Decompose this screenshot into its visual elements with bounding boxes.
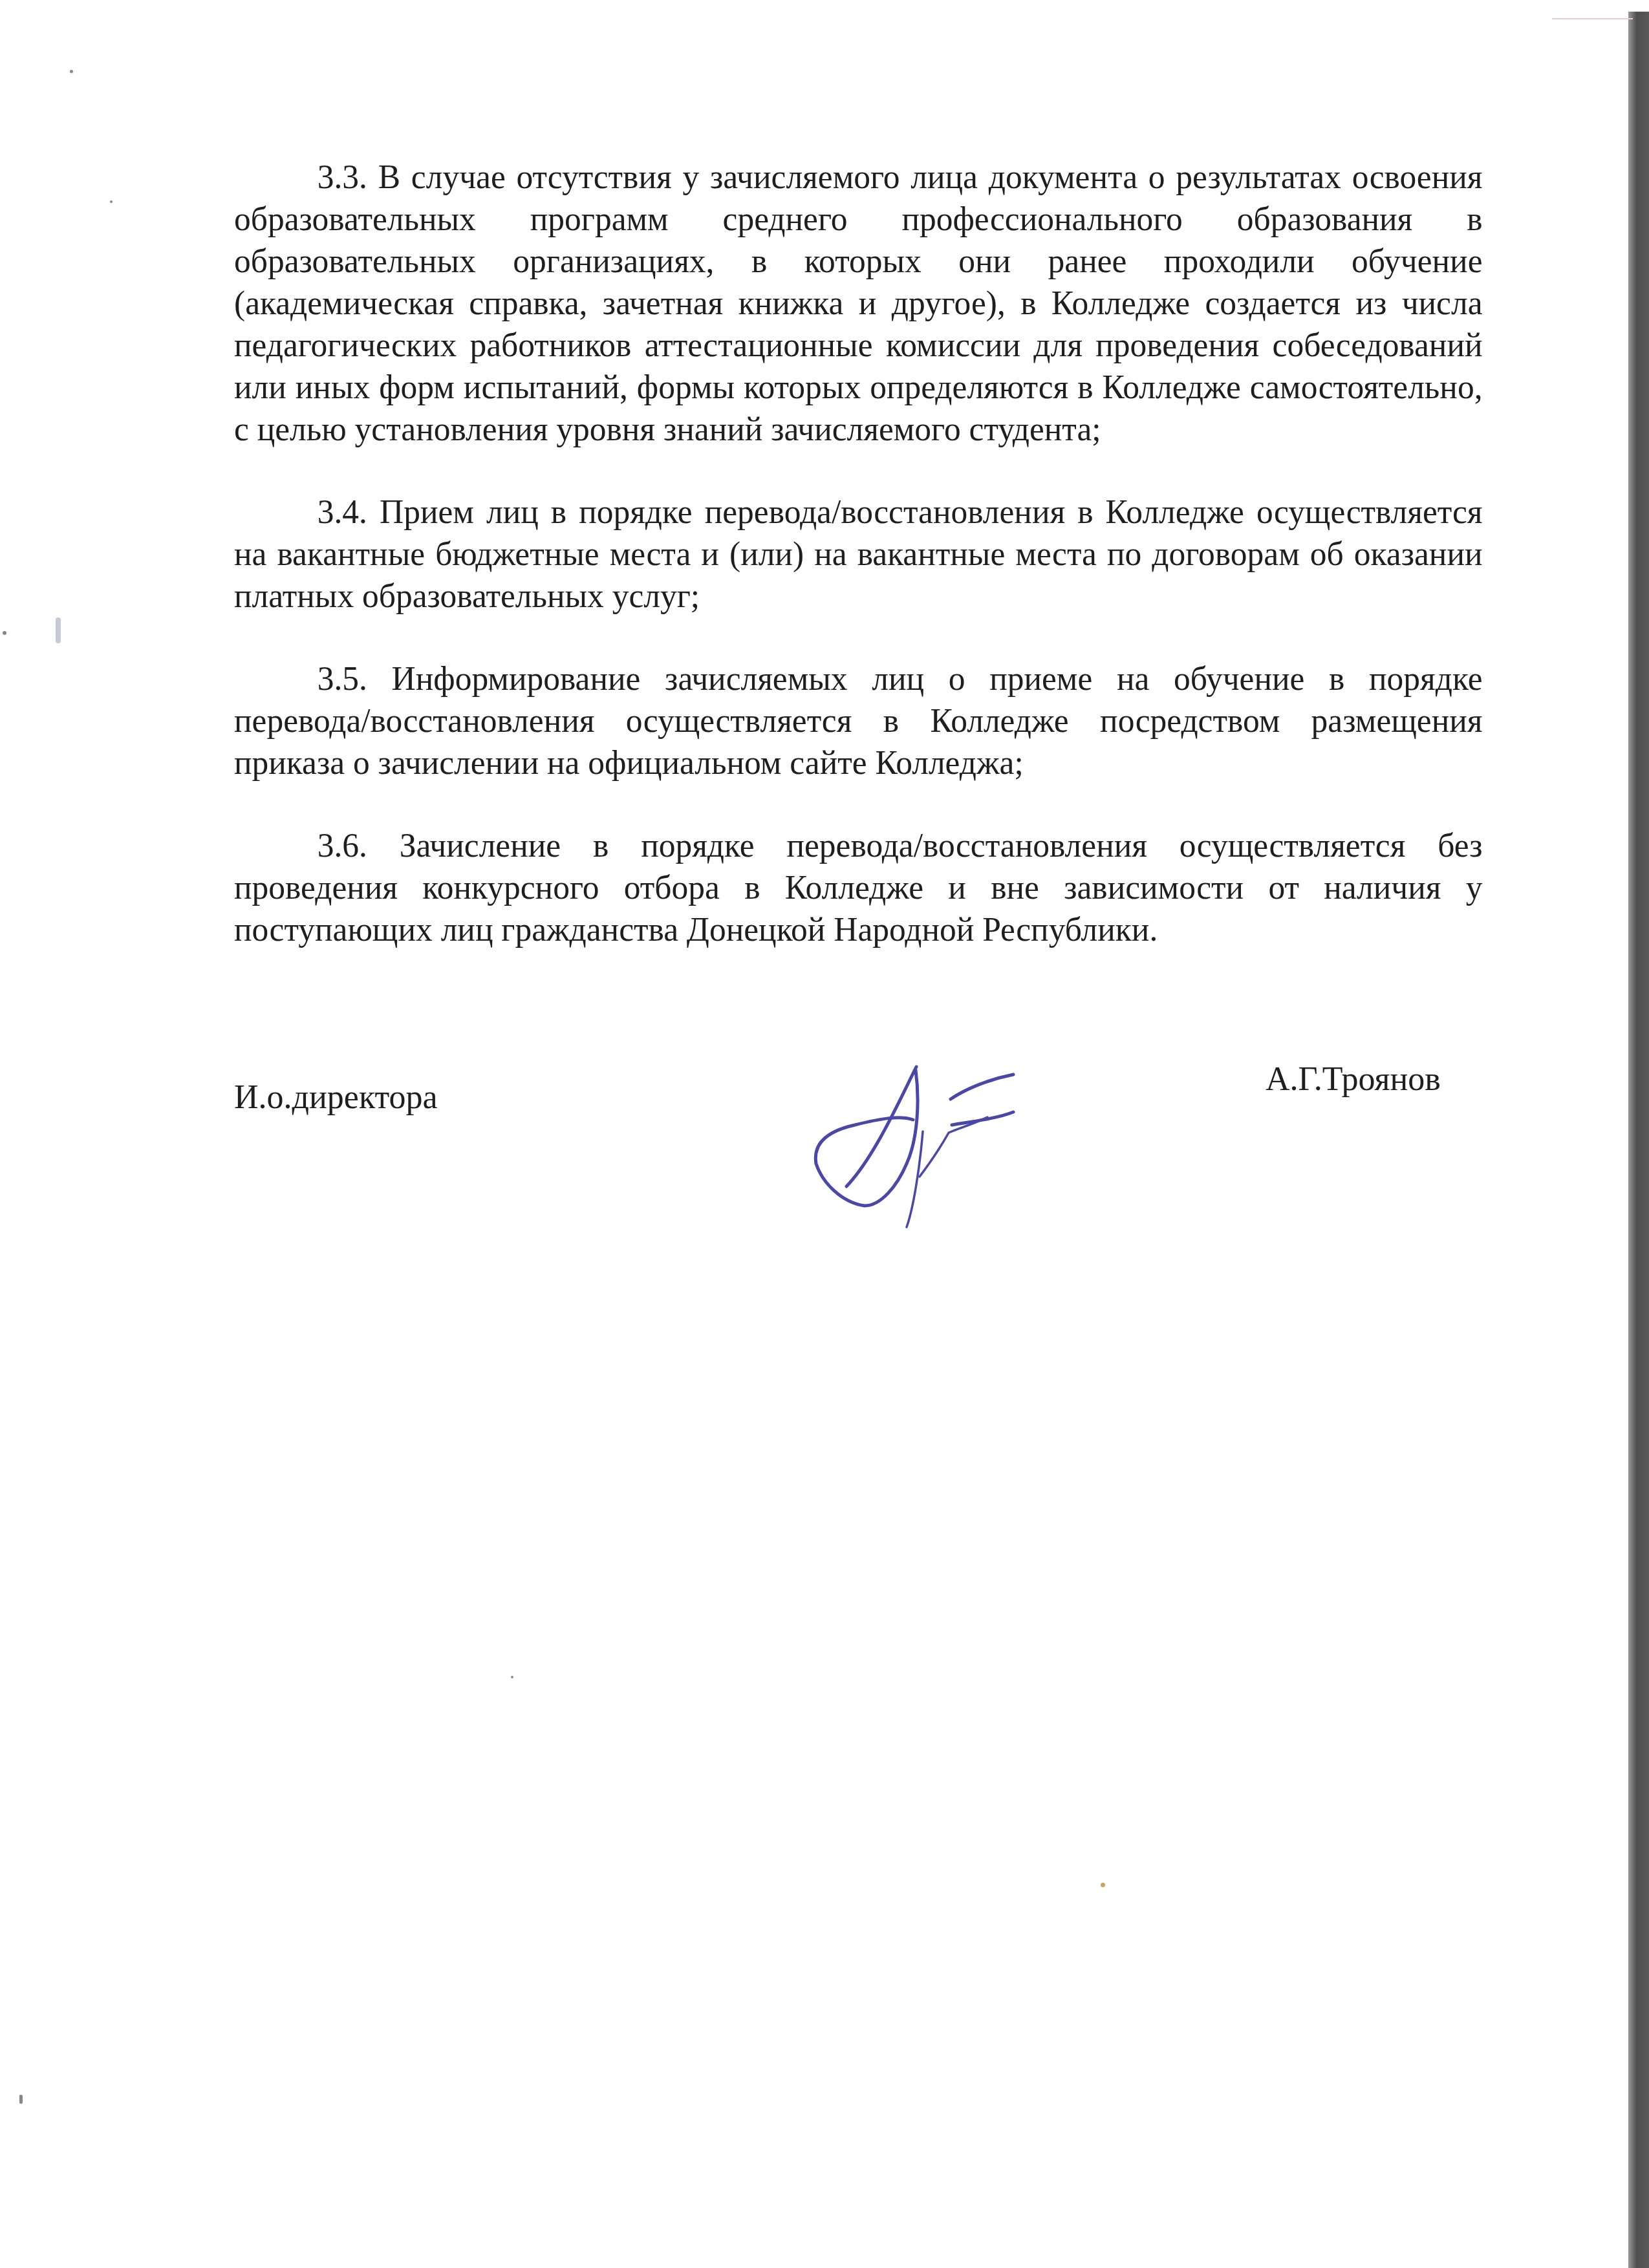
handwritten-signature-icon — [687, 1060, 1308, 1228]
signatory-name: А.Г.Троянов — [1266, 1060, 1441, 1098]
scan-speck — [511, 1676, 513, 1678]
scan-speck — [1101, 1883, 1105, 1887]
scan-artifact-line — [1552, 18, 1633, 19]
document-body: 3.3. В случае отсутствия у зачисляемого … — [234, 156, 1495, 992]
scan-speck — [3, 631, 6, 635]
paragraph-3-6: 3.6. Зачисление в порядке перевода/восст… — [234, 825, 1483, 951]
signature-block: И.о.директора А.Г.Троянов — [234, 1060, 1476, 1228]
scan-speck — [70, 70, 73, 73]
paragraph-3-3: 3.3. В случае отсутствия у зачисляемого … — [234, 156, 1483, 451]
paragraph-3-5: 3.5. Информирование зачисляемых лиц о пр… — [234, 658, 1483, 784]
scan-smudge — [56, 617, 61, 643]
signatory-position: И.о.директора — [234, 1078, 438, 1117]
paragraph-3-4: 3.4. Прием лиц в порядке перевода/восста… — [234, 491, 1483, 617]
scan-speck — [110, 200, 113, 203]
scan-speck — [19, 2095, 23, 2104]
scan-edge-shadow — [1628, 12, 1649, 2268]
